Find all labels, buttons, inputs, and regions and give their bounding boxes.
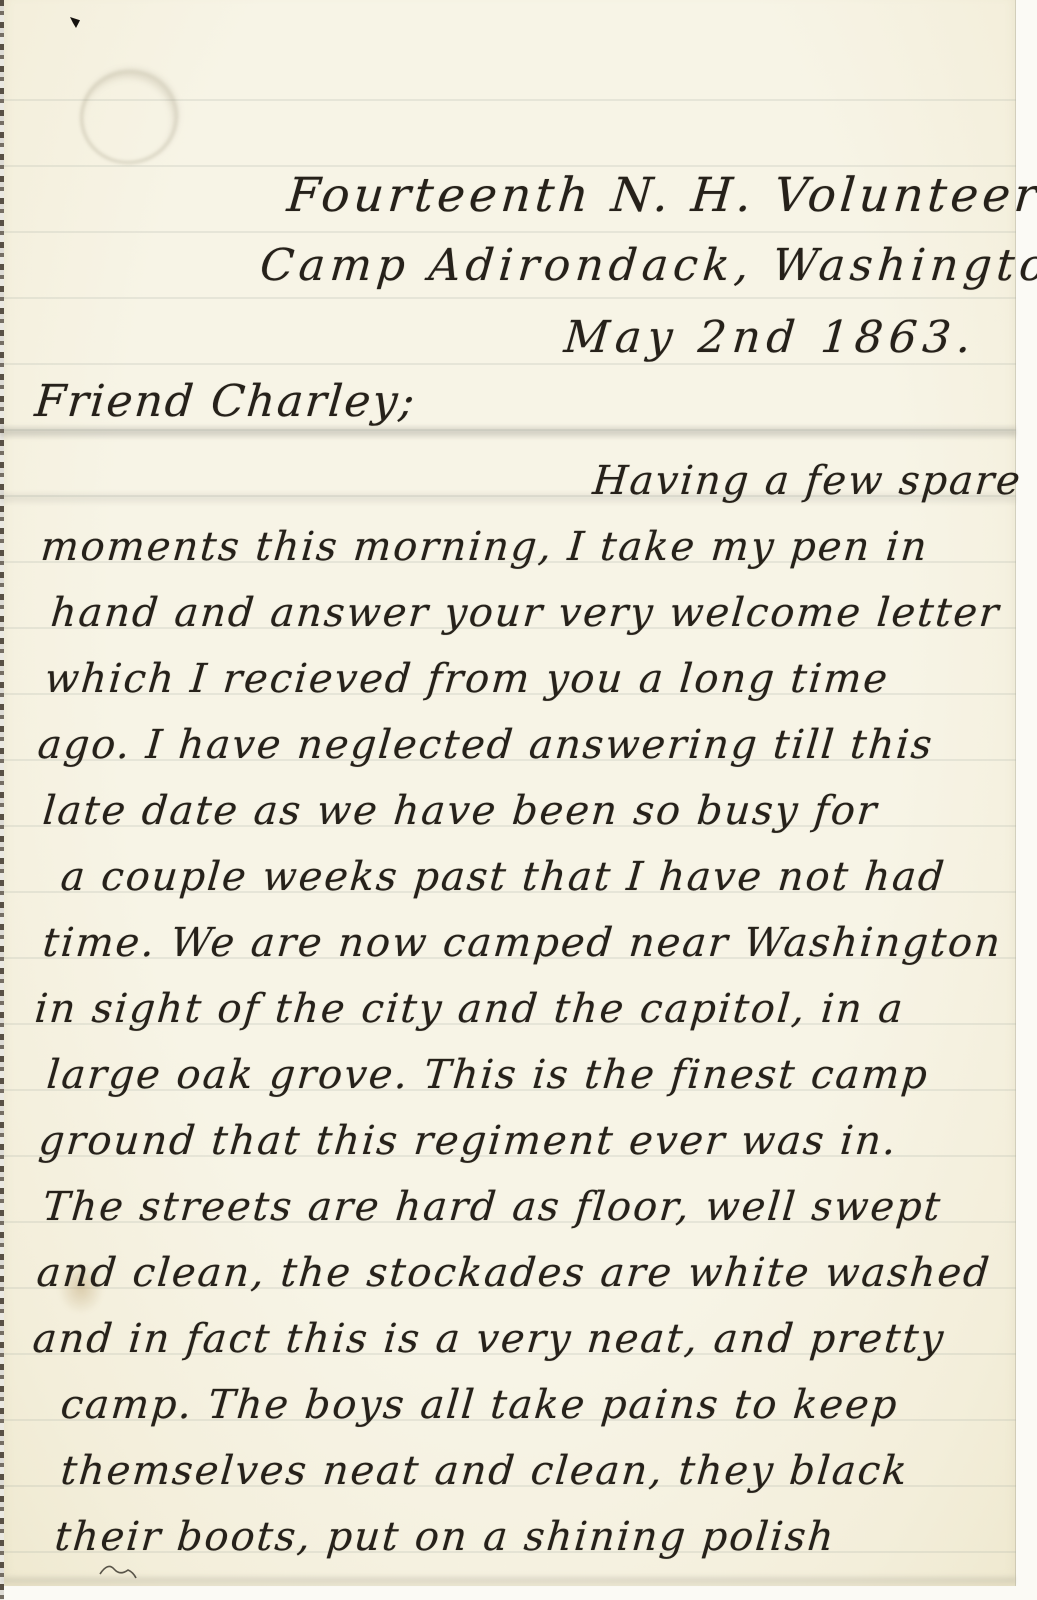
- letter-line: late date as we have been so busy for: [40, 778, 1023, 844]
- letter-line: their boots, put on a shining polish: [52, 1504, 1023, 1570]
- letter-line: which I recieved from you a long time: [42, 646, 1023, 712]
- letter-line: moments this morning, I take my pen in: [38, 514, 1023, 580]
- letter-line: themselves neat and clean, they black: [58, 1438, 1023, 1504]
- letter-text: Fourteenth N. H. Volunteers Camp Adirond…: [0, 0, 1037, 1600]
- letter-line: and in fact this is a very neat, and pre…: [30, 1306, 1023, 1372]
- letter-line: ground that this regiment ever was in.: [36, 1108, 1023, 1174]
- letter-line: large oak grove. This is the finest camp: [44, 1042, 1023, 1108]
- letter-line: ago. I have neglected answering till thi…: [35, 712, 1023, 778]
- letter-header-date: May 2nd 1863.: [562, 312, 979, 363]
- letter-line: and clean, the stockades are white washe…: [34, 1240, 1023, 1306]
- ink-squiggle-icon: [98, 1560, 138, 1582]
- letter-header-camp: Camp Adirondack, Washington: [258, 240, 1037, 291]
- letter-body: Having a few spare moments this morning,…: [30, 448, 1017, 1570]
- letter-line: hand and answer your very welcome letter: [48, 580, 1023, 646]
- letter-line: in sight of the city and the capitol, in…: [32, 976, 1023, 1042]
- letter-scan: Fourteenth N. H. Volunteers Camp Adirond…: [0, 0, 1037, 1600]
- letter-line: camp. The boys all take pains to keep: [58, 1372, 1023, 1438]
- letter-line: The streets are hard as floor, well swep…: [40, 1174, 1023, 1240]
- letter-line: time. We are now camped near Washington: [40, 910, 1023, 976]
- letter-line: a couple weeks past that I have not had: [58, 844, 1023, 910]
- letter-header-regiment: Fourteenth N. H. Volunteers: [285, 168, 1037, 223]
- letter-line: Having a few spare: [590, 448, 1023, 514]
- letter-salutation: Friend Charley;: [33, 376, 419, 427]
